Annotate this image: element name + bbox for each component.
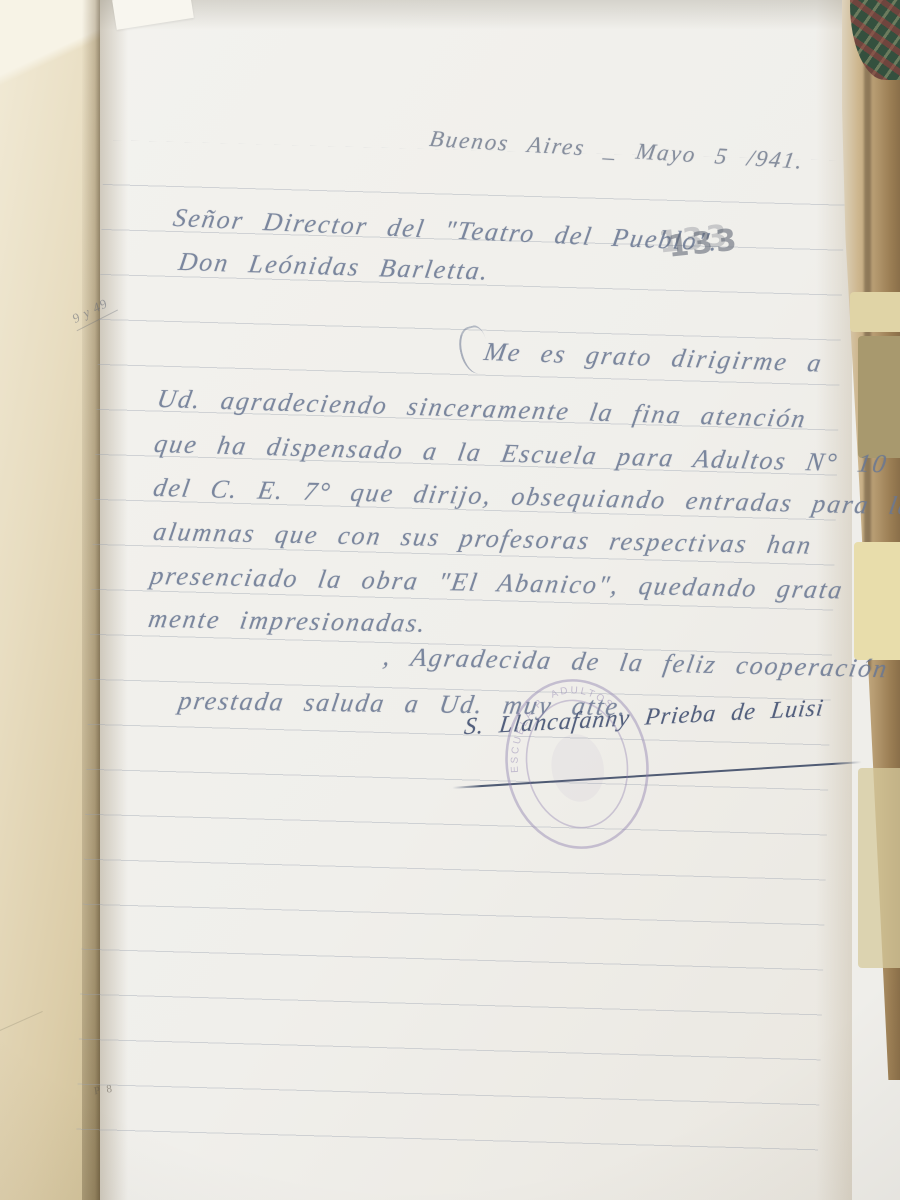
folio-number-stamp: 133 — [666, 222, 741, 264]
rubber-seal-icon: ESCUELA P. ADULTOS — [488, 664, 666, 863]
page-tab — [854, 542, 900, 660]
archive-photo: Buenos Aires _ Mayo 5 /941. Señor Direct… — [0, 0, 900, 1200]
body-line: mente impresionadas. — [146, 604, 429, 639]
page-tab — [850, 292, 900, 332]
page-tab — [858, 336, 900, 458]
page-tab — [858, 768, 900, 968]
